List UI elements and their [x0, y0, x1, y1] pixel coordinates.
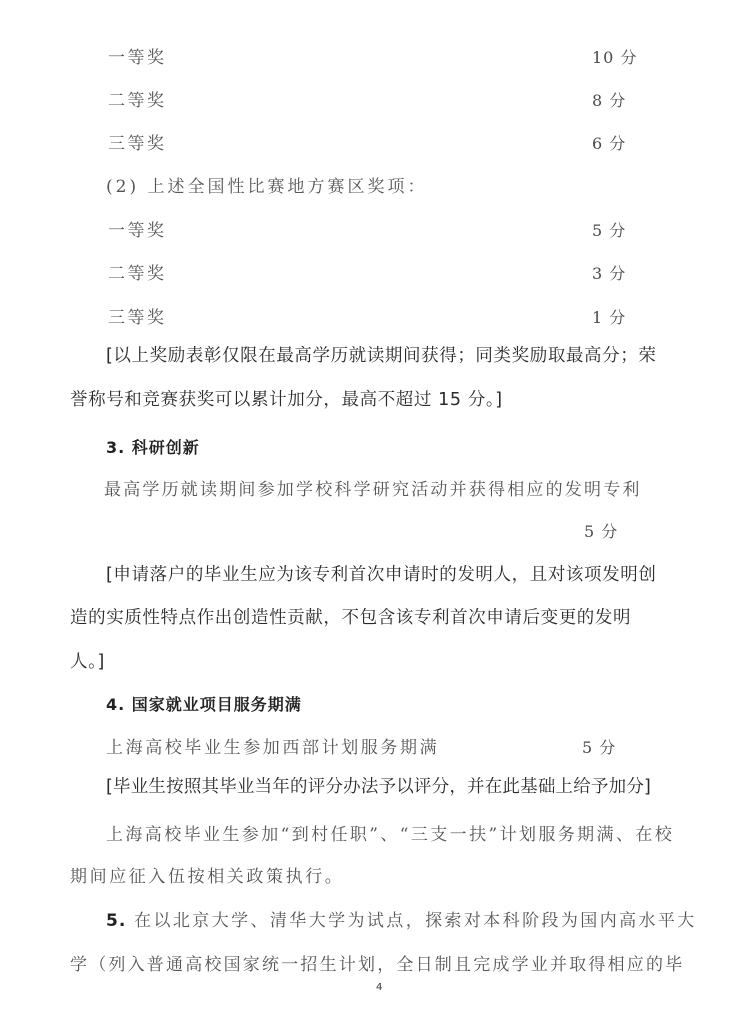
section5-number: 5.: [106, 911, 126, 931]
award-score: 5 分: [592, 220, 626, 242]
section-item: 最高学历就读期间参加学校科学研究活动并获得相应的发明专利: [104, 479, 642, 501]
award-label: 二等奖: [108, 263, 167, 285]
section-score: 5 分: [582, 737, 616, 759]
section-heading: 4. 国家就业项目服务期满: [106, 694, 302, 716]
regional-awards-heading: (2) 上述全国性比赛地方赛区奖项：: [106, 176, 427, 198]
section-paragraph-line: 上海高校毕业生参加“到村任职”、“三支一扶”计划服务期满、在校: [106, 824, 674, 846]
section-paragraph-line: 期间应征入伍按相关政策执行。: [70, 866, 344, 888]
section-note: [毕业生按照其毕业当年的评分办法予以评分，并在此基础上给予加分]: [106, 776, 651, 798]
award-score: 10 分: [592, 47, 637, 69]
award-score: 1 分: [592, 307, 626, 329]
awards-note-line: 誉称号和竞赛获奖可以累计加分，最高不超过 15 分。]: [70, 389, 503, 411]
section5-line: 学（列入普通高校国家统一招生计划，全日制且完成学业并取得相应的毕: [70, 954, 684, 976]
award-score: 8 分: [592, 90, 626, 112]
award-score: 3 分: [592, 263, 626, 285]
award-label: 一等奖: [108, 47, 167, 69]
section-score: 5 分: [584, 521, 618, 543]
awards-note-line: [以上奖励表彰仅限在最高学历就读期间获得；同类奖励取最高分；荣: [106, 345, 656, 367]
section-item: 上海高校毕业生参加西部计划服务期满: [106, 737, 439, 759]
section-note-line: 人。]: [70, 651, 105, 673]
section-heading: 3. 科研创新: [106, 437, 200, 459]
section-note-line: [申请落户的毕业生应为该专利首次申请时的发明人，且对该项发明创: [106, 564, 656, 586]
section5-text: 在以北京大学、清华大学为试点，探索对本科阶段为国内高水平大: [126, 911, 696, 931]
award-label: 三等奖: [108, 307, 167, 329]
section5-line: 5. 在以北京大学、清华大学为试点，探索对本科阶段为国内高水平大: [106, 910, 697, 932]
award-label: 二等奖: [108, 90, 167, 112]
page-number: 4: [376, 982, 382, 994]
award-label: 一等奖: [108, 220, 167, 242]
section-note-line: 造的实质性特点作出创造性贡献，不包含该专利首次申请后变更的发明: [70, 607, 631, 629]
award-score: 6 分: [592, 133, 626, 155]
award-label: 三等奖: [108, 133, 167, 155]
